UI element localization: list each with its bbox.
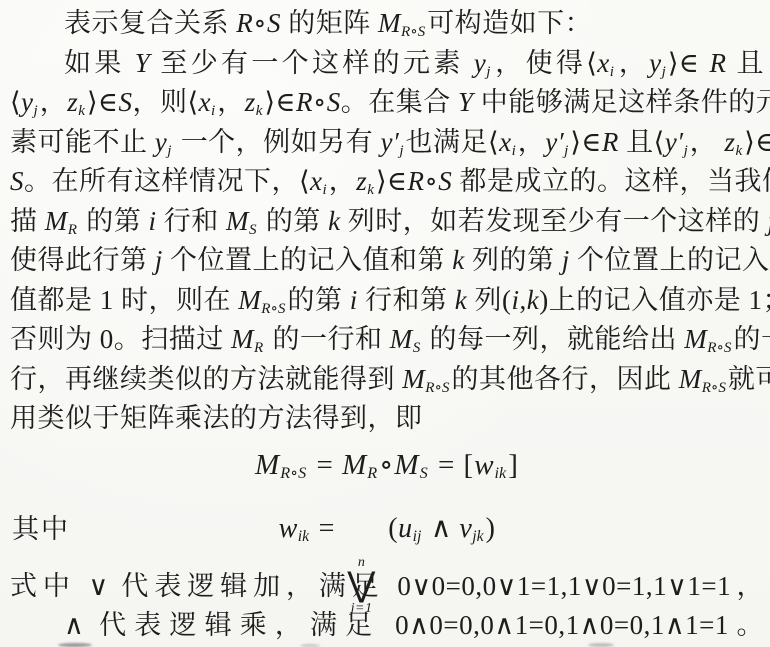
- scanned-book-page: 表示复合关系 R∘S 的矩阵 MR∘S可构造如下：如果 Y 至少有一个这样的元素…: [0, 0, 770, 647]
- scan-smudge-artifact: [58, 643, 92, 647]
- math-var: S: [119, 87, 133, 117]
- nary-or-operator: n⋁j=1: [347, 556, 375, 616]
- math-subscript: j: [662, 64, 666, 80]
- text-run: 的第: [79, 206, 149, 236]
- text-run: 的第: [287, 285, 349, 315]
- math-subscript: j: [486, 64, 490, 80]
- formula-lead-label: 其中: [12, 491, 70, 567]
- text-run: 可构造如下：: [427, 8, 592, 38]
- para2-line10: 用类似于矩阵乘法的方法得到，即: [10, 399, 764, 439]
- text-run: 列(: [467, 285, 511, 315]
- text-run: ⟩∈: [87, 87, 119, 117]
- text-run: ，: [40, 87, 68, 117]
- math-var: z: [725, 127, 736, 157]
- math-subscript: S: [413, 340, 421, 356]
- math-var: x: [597, 48, 609, 78]
- text-run: 素可能不止: [10, 127, 155, 157]
- para2-line3: 素可能不止 yj 一个，例如另有 y′j也满足⟨xi，y′j⟩∈R 且⟨y′j，…: [10, 123, 764, 163]
- text-run: 也满足⟨: [406, 127, 500, 157]
- math-subscript: jk: [472, 528, 483, 545]
- text-run: ⟩∈: [668, 48, 710, 78]
- text-run: =: [311, 513, 342, 544]
- math-var: M: [255, 449, 280, 481]
- math-var: R∘S: [296, 87, 341, 117]
- text-run: 且: [726, 48, 764, 78]
- math-subscript: ij: [413, 528, 422, 545]
- text-run: 列的第: [465, 245, 562, 275]
- text-run: ，: [690, 127, 725, 157]
- text-run: 就可: [728, 364, 770, 394]
- math-var: Y: [458, 87, 474, 117]
- math-var: M: [402, 364, 425, 394]
- text-run: ⟩∈: [264, 87, 296, 117]
- math-subscript: R∘S: [425, 380, 449, 396]
- text-run: ∧ 代表逻辑乘，满足 0∧0=0,0∧1=0,1∧0=0,1∧1=1。: [64, 610, 764, 640]
- math-var: j: [155, 245, 163, 275]
- text-run: 的一行和: [265, 324, 390, 354]
- math-subscript: i: [512, 143, 516, 159]
- math-var: M: [378, 8, 401, 38]
- text-run: ⟩∈: [376, 166, 408, 196]
- text-run: 行，再继续类似的方法就能得到: [10, 364, 402, 394]
- text-run: 的一: [734, 324, 770, 354]
- text-run: 的每一列，就能给出: [422, 324, 684, 354]
- math-var: v: [459, 513, 472, 544]
- text-run: 的其他各行，因此: [451, 364, 678, 394]
- para2-line1: 如果 Y 至少有一个这样的元素 yj，使得⟨xi，yj⟩∈ R 且: [10, 44, 764, 84]
- math-subscript: ik: [495, 464, 507, 482]
- math-var: z: [356, 166, 367, 196]
- math-subscript: k: [256, 103, 263, 119]
- math-subscript: R∘S: [707, 340, 731, 356]
- text-run: 都是成立的。这样，当我们扫: [452, 166, 770, 196]
- math-subscript: i: [323, 182, 327, 198]
- text-run: 个位置上的记入值和第: [163, 245, 453, 275]
- math-var: R: [602, 127, 619, 157]
- text-run: 的第: [259, 206, 329, 236]
- math-var: w: [474, 449, 494, 481]
- para2-line4: S。在所有这样情况下，⟨xi，zk⟩∈R∘S 都是成立的。这样，当我们扫: [10, 162, 764, 202]
- text-run: 用类似于矩阵乘法的方法得到，即: [10, 403, 423, 433]
- formula-wik-definition: 其中wik = n⋁j=1 (uij ∧ vjk): [10, 491, 764, 567]
- text-run: ，: [518, 127, 546, 157]
- math-var: Y: [135, 48, 151, 78]
- math-var: k: [527, 285, 539, 315]
- text-run: ，: [329, 166, 357, 196]
- text-run: ，使得⟨: [492, 48, 597, 78]
- text-run: ⟩∈: [744, 127, 770, 157]
- math-subscript: j: [564, 143, 568, 159]
- text-run: ，: [217, 87, 245, 117]
- math-var: R∘S: [408, 166, 453, 196]
- math-var: R: [709, 48, 726, 78]
- math-var: i: [148, 206, 156, 236]
- text-run: ]: [508, 449, 519, 481]
- text-run: ,: [519, 285, 526, 315]
- math-subscript: k: [78, 103, 85, 119]
- text-run: 如果: [64, 48, 135, 78]
- math-subscript: R∘S: [280, 464, 306, 482]
- math-subscript: ik: [298, 528, 309, 545]
- math-var: M: [238, 285, 261, 315]
- text-run: 表示复合关系: [64, 8, 236, 38]
- math-var: y: [474, 48, 486, 78]
- math-var: w: [279, 513, 298, 544]
- math-subscript: j: [684, 143, 688, 159]
- text-run: ∘: [379, 449, 394, 481]
- text-run: 否则为 0。扫描过: [10, 324, 231, 354]
- text-run: ⟨: [10, 87, 21, 117]
- math-subscript: R: [367, 464, 377, 482]
- text-run: 式中 ∨ 代表逻辑加，满足 0∨0=0,0∨1=1,1∨0=1,1∨1=1，: [10, 571, 764, 601]
- text-run: )上的记入值亦是 1；: [539, 285, 770, 315]
- text-run: 且⟨: [619, 127, 665, 157]
- math-var: y: [21, 87, 33, 117]
- math-var: M: [342, 449, 367, 481]
- para2-line8: 否则为 0。扫描过 MR 的一行和 MS 的每一列，就能给出 MR∘S的一: [10, 320, 764, 360]
- math-var: k: [328, 206, 340, 236]
- para2-line2: ⟨yj，zk⟩∈S，则⟨xi，zk⟩∈R∘S。在集合 Y 中能够满足这样条件的元: [10, 83, 764, 123]
- formula-matrix-product: MR∘S = MR∘MS = [wik]: [10, 439, 764, 491]
- text-run: 列时，如若发现至少有一个这样的: [341, 206, 768, 236]
- nary-or-mid: ⋁: [347, 570, 375, 602]
- text-run: ，则⟨: [133, 87, 199, 117]
- para3-line2: ∧ 代表逻辑乘，满足 0∧0=0,0∧1=0,1∧0=0,1∧1=1。: [10, 606, 764, 646]
- text-run: = [: [430, 449, 475, 481]
- math-subscript: i: [211, 103, 215, 119]
- text-run: (: [381, 513, 398, 544]
- text-run: 一个，例如另有: [173, 127, 380, 157]
- text-run: ): [486, 513, 496, 544]
- math-var: u: [398, 513, 413, 544]
- text-run: 行和第: [358, 285, 455, 315]
- math-var: x: [310, 166, 322, 196]
- math-var: y′: [665, 127, 684, 157]
- math-subscript: i: [610, 64, 614, 80]
- para2-line9: 行，再继续类似的方法就能得到 MR∘S的其他各行，因此 MR∘S就可: [10, 360, 764, 400]
- math-var: x: [199, 87, 211, 117]
- page-body: 表示复合关系 R∘S 的矩阵 MR∘S可构造如下：如果 Y 至少有一个这样的元素…: [10, 4, 764, 646]
- math-var: k: [455, 285, 467, 315]
- math-var: y: [155, 127, 167, 157]
- math-var: y′: [380, 127, 399, 157]
- math-var: k: [452, 245, 464, 275]
- math-var: j: [562, 245, 570, 275]
- scan-smudge-artifact: [588, 643, 614, 647]
- math-var: y′: [545, 127, 564, 157]
- text-run: ，: [616, 48, 649, 78]
- math-subscript: R: [254, 340, 263, 356]
- text-run: 中能够满足这样条件的元: [474, 87, 770, 117]
- text-run: 使得此行第: [10, 245, 155, 275]
- math-subscript: k: [736, 143, 743, 159]
- text-run: 。在所有这样情况下，⟨: [24, 166, 310, 196]
- math-var: M: [231, 324, 254, 354]
- text-run: 值都是 1 时，则在: [10, 285, 238, 315]
- nary-or-bot: j=1: [351, 602, 373, 616]
- para2-line6: 使得此行第 j 个位置上的记入值和第 k 列的第 j 个位置上的记入: [10, 241, 764, 281]
- text-run: ∧: [423, 513, 459, 544]
- math-var: i: [350, 285, 358, 315]
- text-run: 个位置上的记入: [570, 245, 770, 275]
- text-run: 。在集合: [341, 87, 458, 117]
- math-subscript: j: [34, 103, 38, 119]
- math-subscript: j: [167, 143, 171, 159]
- math-subscript: S: [420, 464, 428, 482]
- text-run: 行和: [157, 206, 227, 236]
- math-var: R∘S: [236, 8, 281, 38]
- math-var: S: [10, 166, 24, 196]
- math-subscript: R: [68, 222, 77, 238]
- text-run: 至少有一个这样的元素: [150, 48, 473, 78]
- math-subscript: S: [249, 222, 257, 238]
- math-var: y: [649, 48, 661, 78]
- math-var: M: [394, 449, 419, 481]
- math-var: z: [245, 87, 256, 117]
- math-var: M: [226, 206, 249, 236]
- math-var: M: [679, 364, 702, 394]
- text-run: =: [308, 449, 342, 481]
- math-subscript: j: [399, 143, 403, 159]
- math-var: M: [45, 206, 68, 236]
- math-subscript: k: [367, 182, 374, 198]
- math-subscript: R∘S: [702, 380, 726, 396]
- text-run: 描: [10, 206, 45, 236]
- para3-line1: 式中 ∨ 代表逻辑加，满足 0∨0=0,0∨1=1,1∨0=1,1∨1=1，: [10, 567, 764, 607]
- para2-line7: 值都是 1 时，则在 MR∘S的第 i 行和第 k 列(i,k)上的记入值亦是 …: [10, 281, 764, 321]
- math-var: x: [499, 127, 511, 157]
- math-var: M: [684, 324, 707, 354]
- math-var: z: [67, 87, 78, 117]
- text-run: ⟩∈: [570, 127, 602, 157]
- text-run: 的矩阵: [281, 8, 378, 38]
- para1-line1: 表示复合关系 R∘S 的矩阵 MR∘S可构造如下：: [10, 4, 764, 44]
- math-subscript: R∘S: [261, 301, 285, 317]
- para2-line5: 描 MR 的第 i 行和 MS 的第 k 列时，如若发现至少有一个这样的 j，: [10, 202, 764, 242]
- math-subscript: R∘S: [401, 24, 425, 40]
- math-var: M: [390, 324, 413, 354]
